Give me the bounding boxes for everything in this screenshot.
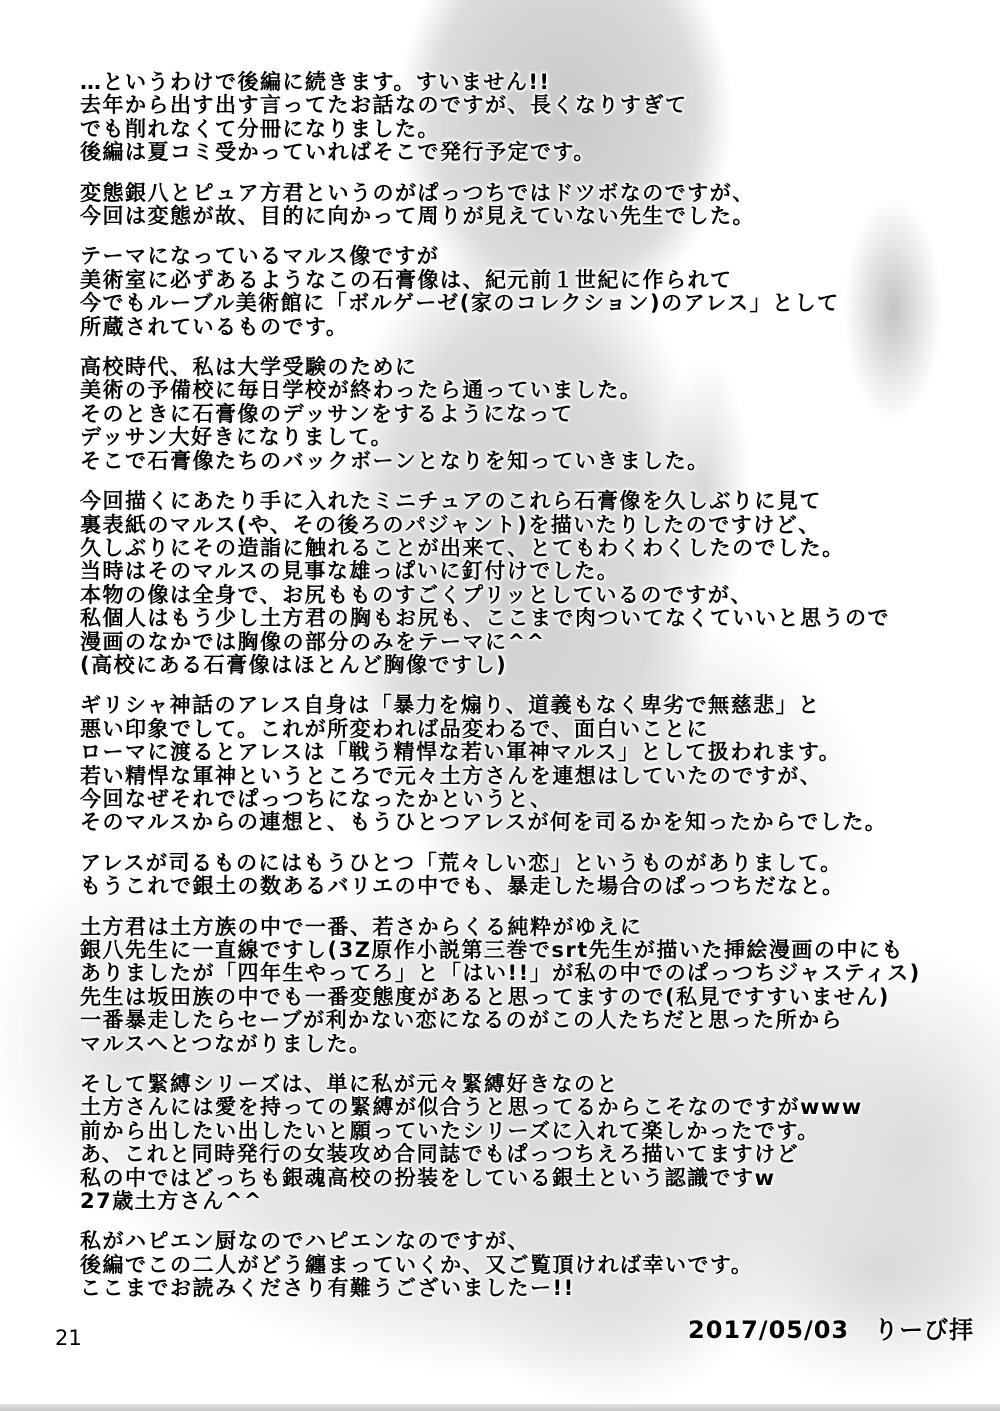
text-line: 銀八先生に一直線ですし(3Z原作小説第三巻でsrt先生が描いた挿絵漫画の中にも (80, 939, 980, 962)
paragraph-10: 私がハピエン厨なのでハピエンなのですが、 後編でこの二人がどう纏まっていくか、又… (80, 1230, 980, 1300)
paragraph-4: 高校時代、私は大学受験のために 美術の予備校に毎日学校が終わったら通っていました… (80, 356, 980, 473)
paragraph-5: 今回描くにあたり手に入れたミニチュアのこれら石膏像を久しぶりに見て 裏表紙のマル… (80, 490, 980, 677)
text-line: そこで石膏像たちのバックボーンとなりを知っていきました。 (80, 450, 980, 473)
text-line: デッサン大好きになりまして。 (80, 426, 980, 449)
text-line: 先生は坂田族の中でも一番変態度があると思ってますので(私見ですすいません) (80, 986, 980, 1009)
text-line: 土方さんには愛を持っての緊縛が似合うと思ってるからこそなのですがwww (80, 1096, 980, 1119)
text-line: そのときに石膏像のデッサンをするようになって (80, 403, 980, 426)
text-line: 漫画のなかでは胸像の部分のみをテーマに^^ (80, 631, 980, 654)
text-line: 去年から出す出す言ってたお話なのですが、長くなりすぎて (80, 94, 980, 117)
paragraph-9: そして緊縛シリーズは、単に私が元々緊縛好きなのと 土方さんには愛を持っての緊縛が… (80, 1073, 980, 1213)
text-line: …というわけで後編に続きます。すいません!! (80, 71, 980, 94)
text-line: 悪い印象でして。これが所変われば品変わるで、面白いことに (80, 718, 980, 741)
text-line: そのマルスからの連想と、もうひとつアレスが何を司るかを知ったからでした。 (80, 811, 980, 834)
text-line: 美術室に必ずあるようなこの石膏像は、紀元前１世紀に作られて (80, 269, 980, 292)
text-line: ここまでお読みくださり有難うございましたー!! (80, 1277, 980, 1300)
text-line: アレスが司るものにはもうひとつ「荒々しい恋」というものがありまして。 (80, 852, 980, 875)
text-line: ローマに渡るとアレスは「戦う精悍な若い軍神マルス」として扱われます。 (80, 741, 980, 764)
text-line: 前から出したい出したいと願っていたシリーズに入れて楽しかったです。 (80, 1120, 980, 1143)
text-line: (高校にある石膏像はほとんど胸像ですし) (80, 654, 980, 677)
text-line: 私個人はもう少し土方君の胸もお尻も、ここまで肉ついてなくていいと思うので (80, 607, 980, 630)
text-line: 所蔵されているものです。 (80, 316, 980, 339)
text-line: 後編でこの二人がどう纏まっていくか、又ご覧頂ければ幸いです。 (80, 1254, 980, 1277)
text-line: 一番暴走したらセーブが利かない恋になるのがこの人たちだと思った所から (80, 1009, 980, 1032)
text-line: ギリシャ神話のアレス自身は「暴力を煽り、道義もなく卑劣で無慈悲」と (80, 694, 980, 717)
page-bottom-edge (0, 1404, 1000, 1411)
text-line: あ、これと同時発行の女装攻め合同誌でもぱっつちえろ描いてますけど (80, 1143, 980, 1166)
text-line: 裏表紙のマルス(や、その後ろのパジャント)を描いたりしたのですけど、 (80, 514, 980, 537)
paragraph-1: …というわけで後編に続きます。すいません!! 去年から出す出す言ってたお話なので… (80, 71, 980, 165)
text-line: 27歳土方さん^^ (80, 1190, 980, 1213)
text-line: もうこれで銀土の数あるバリエの中でも、暴走した場合のぱっつちだなと。 (80, 875, 980, 898)
page-number: 21 (55, 1326, 82, 1350)
paragraph-2: 変態銀八とピュア方君というのがぱっつちではドツボなのですが、 今回は変態が故、目… (80, 182, 980, 229)
text-line: 高校時代、私は大学受験のために (80, 356, 980, 379)
paragraph-6: ギリシャ神話のアレス自身は「暴力を煽り、道義もなく卑劣で無慈悲」と 悪い印象でし… (80, 694, 980, 834)
text-line: 若い精悍な軍神というところで元々土方さんを連想はしていたのですが、 (80, 765, 980, 788)
text-line: ありましたが「四年生やってろ」と「はい!!」が私の中でのぱっつちジャスティス) (80, 962, 980, 985)
paragraph-7: アレスが司るものにはもうひとつ「荒々しい恋」というものがありまして。 もうこれで… (80, 852, 980, 899)
text-line: マルスへとつながりました。 (80, 1033, 980, 1056)
text-line: 変態銀八とピュア方君というのがぱっつちではドツボなのですが、 (80, 182, 980, 205)
text-line: 私がハピエン厨なのでハピエンなのですが、 (80, 1230, 980, 1253)
text-line: 土方君は土方族の中で一番、若さからくる純粋がゆえに (80, 916, 980, 939)
text-line: 当時はそのマルスの見事な雄っぱいに釘付けでした。 (80, 560, 980, 583)
text-line: 久しぶりにその造詣に触れることが出来て、とてもわくわくしたのでした。 (80, 537, 980, 560)
date-signature: 2017/05/03 りーび拝 (688, 1310, 974, 1345)
text-line: そして緊縛シリーズは、単に私が元々緊縛好きなのと (80, 1073, 980, 1096)
afterword-page: …というわけで後編に続きます。すいません!! 去年から出す出す言ってたお話なので… (0, 0, 1000, 1411)
text-line: 後編は夏コミ受かっていればそこで発行予定です。 (80, 141, 980, 164)
text-line: でも削れなくて分冊になりました。 (80, 118, 980, 141)
text-line: 私の中ではどっちも銀魂高校の扮装をしている銀土という認識ですw (80, 1167, 980, 1190)
text-line: 今回描くにあたり手に入れたミニチュアのこれら石膏像を久しぶりに見て (80, 490, 980, 513)
paragraph-3: テーマになっているマルス像ですが 美術室に必ずあるようなこの石膏像は、紀元前１世… (80, 245, 980, 339)
text-line: 本物の像は全身で、お尻もものすごくプリッとしているのですが、 (80, 584, 980, 607)
text-line: テーマになっているマルス像ですが (80, 245, 980, 268)
text-line: 今でもルーブル美術館に「ボルゲーゼ(家のコレクション)のアレス」として (80, 292, 980, 315)
text-line: 今回は変態が故、目的に向かって周りが見えていない先生でした。 (80, 205, 980, 228)
afterword-text: …というわけで後編に続きます。すいません!! 去年から出す出す言ってたお話なので… (80, 71, 980, 1318)
text-line: 今回なぜそれでぱっつちになったかというと、 (80, 788, 980, 811)
paragraph-8: 土方君は土方族の中で一番、若さからくる純粋がゆえに 銀八先生に一直線ですし(3Z… (80, 916, 980, 1056)
text-line: 美術の予備校に毎日学校が終わったら通っていました。 (80, 379, 980, 402)
